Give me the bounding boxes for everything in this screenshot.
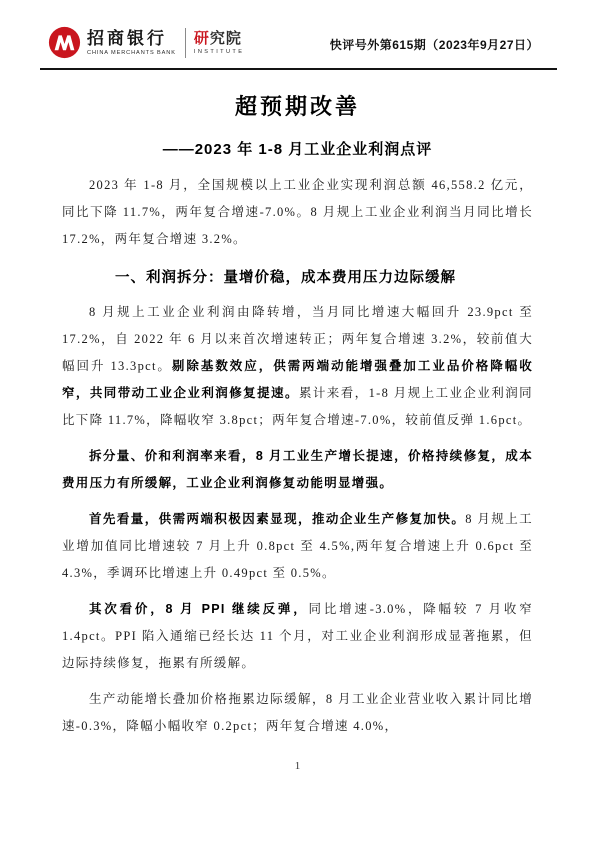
paragraph-text: 2023 年 1-8 月，全国规模以上工业企业实现利润总额 46,558.2 亿… [62,178,533,246]
page-number: 1 [295,760,301,772]
cmb-logo: 招商银行 CHINA MERCHANTS BANK 研究院 INSTITUTE [48,26,244,59]
institute-red-char: 研 [194,30,210,47]
logo-divider [185,28,186,58]
issue-info: 快评号外第615期（2023年9月27日） [330,33,539,53]
bank-name-block: 招商银行 CHINA MERCHANTS BANK [87,29,176,56]
section-1-heading: 一、利润拆分：量增价稳，成本费用压力边际缓解 [62,266,533,290]
paragraph-volume: 首先看量，供需两端积极因素显现，推动企业生产修复加快。8 月规上工业增加值同比增… [62,506,533,587]
paragraph-profit-split: 8 月规上工业企业利润由降转增，当月同比增速大幅回升 23.9pct 至 17.… [62,299,533,434]
cmb-bank-icon [48,26,81,59]
paragraph-bold-text: 其次看价，8 月 PPI 继续反弹， [89,602,309,616]
report-page: 招商银行 CHINA MERCHANTS BANK 研究院 INSTITUTE … [0,0,595,842]
paragraph-price: 其次看价，8 月 PPI 继续反弹，同比增速-3.0%，降幅较 7 月收窄 1.… [62,596,533,677]
page-header: 招商银行 CHINA MERCHANTS BANK 研究院 INSTITUTE … [0,0,595,59]
bank-name-cn: 招商银行 [87,29,176,48]
institute-rest-chars: 究院 [210,30,242,47]
institute-name-en: INSTITUTE [194,49,245,55]
paragraph-revenue: 生产动能增长叠加价格拖累边际缓解，8 月工业企业营业收入累计同比增速-0.3%，… [62,686,533,740]
paragraph-text: 生产动能增长叠加价格拖累边际缓解，8 月工业企业营业收入累计同比增速-0.3%，… [62,692,533,733]
paragraph-volume-price-margin: 拆分量、价和利润率来看，8 月工业生产增长提速，价格持续修复，成本费用压力有所缓… [62,443,533,497]
paragraph-bold-text: 拆分量、价和利润率来看，8 月工业生产增长提速，价格持续修复，成本费用压力有所缓… [62,449,533,490]
report-subtitle: ——2023 年 1-8 月工业企业利润点评 [0,138,595,159]
page-footer: 1 [0,760,595,772]
paragraph-bold-text: 首先看量，供需两端积极因素显现，推动企业生产修复加快。 [89,512,465,526]
bank-name-en: CHINA MERCHANTS BANK [87,50,176,56]
paragraph-summary: 2023 年 1-8 月，全国规模以上工业企业实现利润总额 46,558.2 亿… [62,172,533,253]
header-divider-rule [40,68,557,70]
report-body: 2023 年 1-8 月，全国规模以上工业企业实现利润总额 46,558.2 亿… [0,172,595,740]
institute-block: 研究院 INSTITUTE [194,30,245,55]
report-title: 超预期改善 [0,90,595,121]
institute-name-cn: 研究院 [194,30,245,47]
